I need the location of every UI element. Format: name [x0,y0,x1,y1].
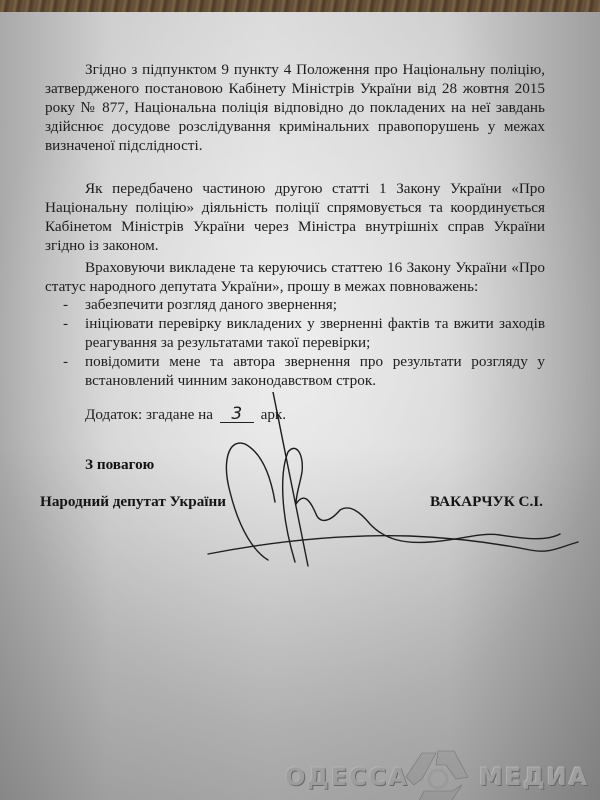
request-text: забезпечити розгляд даного звернення; [85,296,337,313]
paragraph-request-intro: Враховуючи викладене та керуючись статте… [45,258,545,296]
paragraph-police-regulation: Згідно з підпунктом 9 пункту 4 Положення… [45,60,545,155]
bullet-dash: - [63,314,68,333]
request-item: - повідомити мене та автора звернення пр… [45,352,545,390]
odessa-media-logo-icon [402,749,472,800]
bullet-dash: - [63,352,68,371]
watermark-right-text: МЕДИА [479,763,589,791]
request-text: ініціювати перевірку викладених у зверне… [85,315,545,351]
request-item: - забезпечити розгляд даного звернення; [45,295,545,314]
document-page: * ⁘ ⸪ Згідно з підпунктом 9 пункту 4 Пол… [0,12,600,800]
request-item: - ініціювати перевірку викладених у звер… [45,314,545,352]
attachment-prefix: Додаток: згадане на [85,406,213,423]
request-list: - забезпечити розгляд даного звернення; … [45,295,545,390]
handwritten-signature [200,392,580,572]
request-text: повідомити мене та автора звернення про … [85,353,545,389]
odessa-media-watermark: ОДЕССА МЕДИА [282,749,597,800]
paragraph-police-law: Як передбачено частиною другою статті 1 … [45,179,545,255]
closing-regards: З повагою [85,456,154,474]
signer-position: Народний депутат України [40,493,226,511]
bullet-dash: - [63,295,68,314]
watermark-left-text: ОДЕССА [285,763,409,791]
